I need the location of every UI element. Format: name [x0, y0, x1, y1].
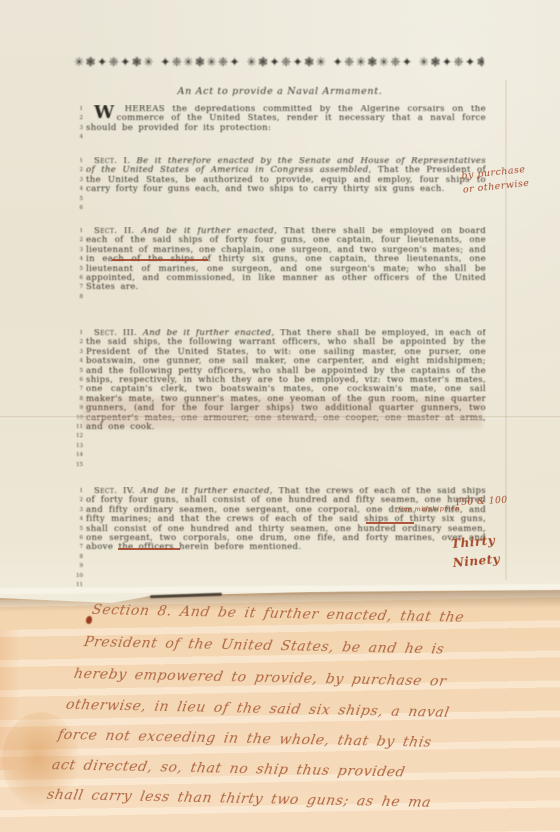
section-2-text: Sect. II. And be it further enacted, Tha… — [86, 227, 486, 305]
line-numbers: 1 2 3 4 — [72, 105, 86, 150]
section-1-text: Sect. I. Be it therefore enacted by the … — [86, 157, 486, 223]
red-strikethrough — [118, 548, 180, 550]
section-4: 1 2 3 4 5 6 7 8 9 10 11 Sect. IV. And be… — [72, 487, 486, 587]
section-2: 1 2 3 4 5 6 7 8 Sect. II. And be it furt… — [72, 227, 486, 305]
ornament-border: ✳❃✦❈✦❃✳ ✦❈✳❃✳❈✦ ✳❃✦❈✦❃✳ ✦❈✳❃✳❈✦ ✳❃✦❈✦❃✳ — [74, 50, 484, 76]
section-4-text: Sect. IV. And be it further enacted, Tha… — [86, 487, 486, 587]
section-1: 1 2 3 4 5 6 Sect. I. Be it therefore ena… — [72, 157, 486, 223]
edge-stain — [0, 630, 20, 770]
preamble-text: WHEREAS the depredations committed by th… — [86, 105, 486, 150]
ink-bleed-through — [82, 398, 482, 428]
printed-sheet: ✳❃✦❈✦❃✳ ✦❈✳❃✳❈✦ ✳❃✦❈✦❃✳ ✦❈✳❃✳❈✦ ✳❃✦❈✦❃✳ … — [0, 0, 560, 606]
line-numbers: 1 2 3 4 5 6 — [72, 157, 86, 223]
preamble: 1 2 3 4 WHEREAS the depredations committ… — [72, 105, 486, 150]
document-scan: Section 8. And be it further enacted, th… — [0, 0, 560, 832]
margin-note-figures: 150 & 100 — [455, 496, 508, 509]
dropcap-w: W — [86, 105, 115, 121]
preamble-body: HEREAS the depredations committed by the… — [86, 105, 486, 133]
section-body: That the crews of each of the said ships… — [86, 487, 486, 552]
act-title: An Act to provide a Naval Armament. — [74, 86, 486, 97]
inline-insert-red: five midshipmen — [398, 504, 460, 513]
line-numbers: 1 2 3 4 5 6 7 8 — [72, 227, 86, 305]
red-strikethrough — [112, 259, 208, 261]
line-numbers: 1 2 3 4 5 6 7 8 9 10 11 — [72, 487, 86, 587]
red-strikethrough — [366, 522, 414, 524]
margin-note-words: Thirty Ninety — [450, 531, 501, 573]
